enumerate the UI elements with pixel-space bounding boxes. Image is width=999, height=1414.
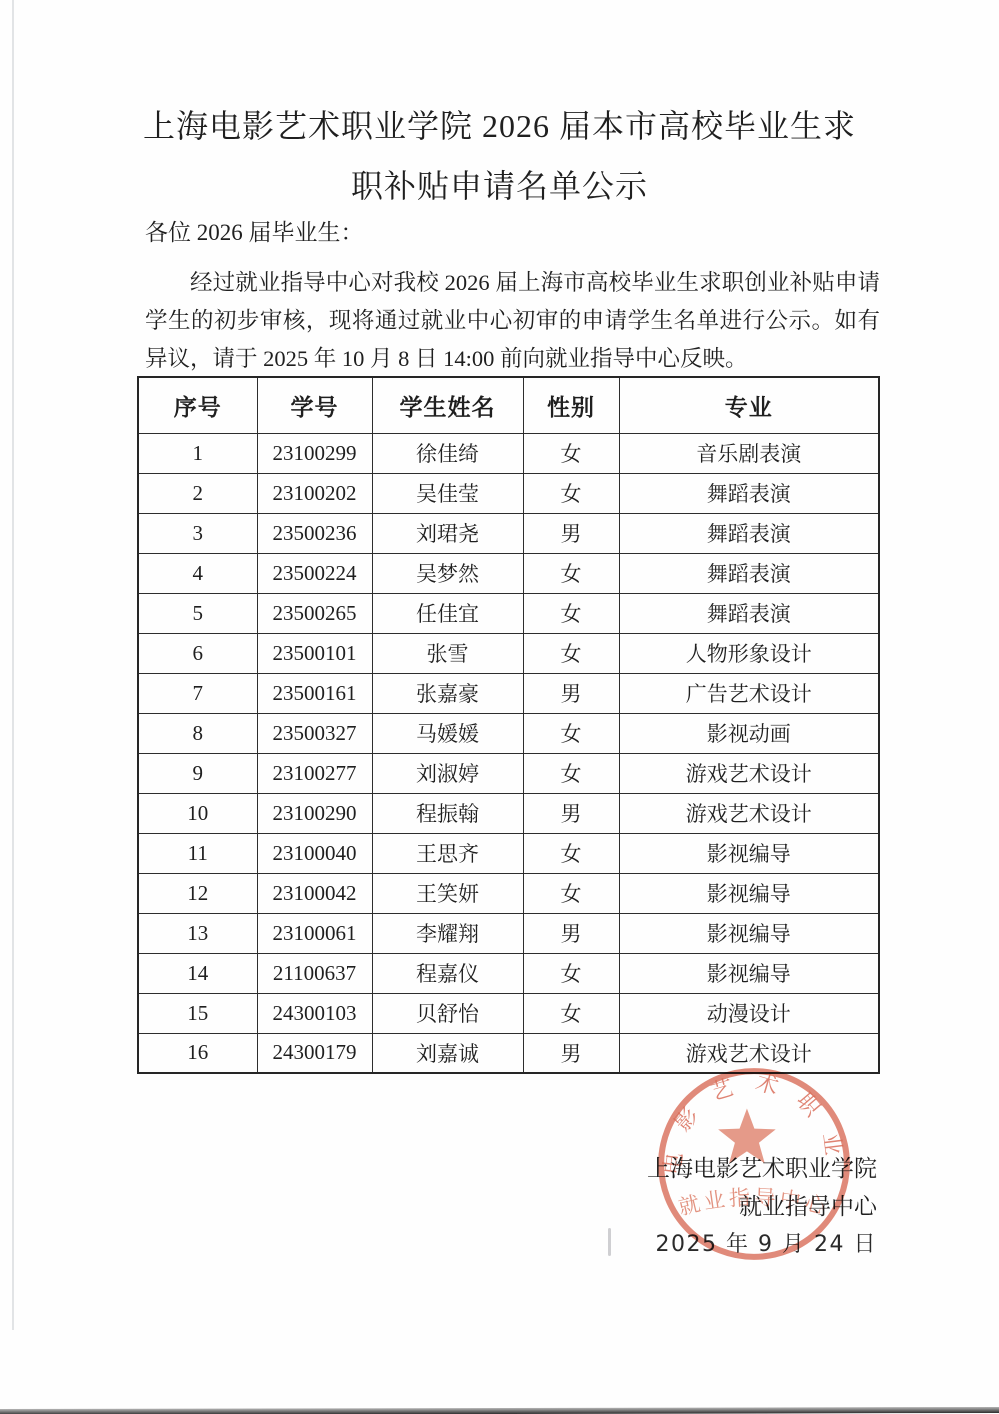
table-cell: 10 [138, 793, 257, 833]
table-cell: 16 [138, 1033, 257, 1073]
table-cell: 动漫设计 [619, 993, 879, 1033]
table-cell: 23100042 [257, 873, 372, 913]
table-cell: 女 [523, 873, 619, 913]
table-cell: 吴梦然 [372, 553, 523, 593]
table-cell: 9 [138, 753, 257, 793]
table-cell: 23500265 [257, 593, 372, 633]
header-student-name: 学生姓名 [372, 377, 523, 433]
title-line-1: 上海电影艺术职业学院 2026 届本市高校毕业生求 [0, 96, 999, 156]
table-cell: 11 [138, 833, 257, 873]
table-row: 823500327马媛媛女影视动画 [138, 713, 879, 753]
table-cell: 23500101 [257, 633, 372, 673]
table-cell: 男 [523, 793, 619, 833]
table-body: 123100299徐佳绮女音乐剧表演223100202吴佳莹女舞蹈表演32350… [138, 433, 879, 1073]
table-row: 1624300179刘嘉诚男游戏艺术设计 [138, 1033, 879, 1073]
table-cell: 游戏艺术设计 [619, 1033, 879, 1073]
table-cell: 程嘉仪 [372, 953, 523, 993]
table-cell: 23500327 [257, 713, 372, 753]
table-cell: 影视编导 [619, 913, 879, 953]
table-cell: 女 [523, 833, 619, 873]
table-row: 723500161张嘉豪男广告艺术设计 [138, 673, 879, 713]
table-row: 123100299徐佳绮女音乐剧表演 [138, 433, 879, 473]
title-line-2: 职补贴申请名单公示 [0, 156, 999, 216]
table-cell: 23100290 [257, 793, 372, 833]
document-page: 上海电影艺术职业学院 2026 届本市高校毕业生求 职补贴申请名单公示 各位 2… [0, 0, 999, 1414]
document-title: 上海电影艺术职业学院 2026 届本市高校毕业生求 职补贴申请名单公示 [0, 96, 999, 216]
salutation: 各位 2026 届毕业生： [145, 216, 364, 250]
table-cell: 23100299 [257, 433, 372, 473]
table-cell: 23100202 [257, 473, 372, 513]
table-cell: 12 [138, 873, 257, 913]
applicant-table: 序号 学号 学生姓名 性别 专业 123100299徐佳绮女音乐剧表演22310… [137, 376, 880, 1074]
table-cell: 人物形象设计 [619, 633, 879, 673]
table-cell: 徐佳绮 [372, 433, 523, 473]
table-cell: 游戏艺术设计 [619, 753, 879, 793]
table-cell: 13 [138, 913, 257, 953]
table-cell: 王笑妍 [372, 873, 523, 913]
scan-edge-artifact-bottom [0, 1407, 999, 1414]
table-row: 1421100637程嘉仪女影视编导 [138, 953, 879, 993]
table-cell: 3 [138, 513, 257, 553]
table-cell: 音乐剧表演 [619, 433, 879, 473]
table-cell: 张雪 [372, 633, 523, 673]
table-cell: 女 [523, 473, 619, 513]
table-cell: 女 [523, 433, 619, 473]
table-cell: 21100637 [257, 953, 372, 993]
table-cell: 女 [523, 993, 619, 1033]
table-row: 523500265任佳宜女舞蹈表演 [138, 593, 879, 633]
table-cell: 张嘉豪 [372, 673, 523, 713]
table-cell: 影视编导 [619, 873, 879, 913]
table-cell: 影视动画 [619, 713, 879, 753]
table-row: 923100277刘淑婷女游戏艺术设计 [138, 753, 879, 793]
table-cell: 女 [523, 953, 619, 993]
table-cell: 舞蹈表演 [619, 593, 879, 633]
signature-block: 上海电影艺术职业学院 就业指导中心 2025 年 9 月 24 日 [647, 1150, 877, 1264]
body-paragraph: 经过就业指导中心对我校 2026 届上海市高校毕业生求职创业补贴申请学生的初步审… [145, 264, 880, 378]
table-cell: 8 [138, 713, 257, 753]
table-row: 1223100042王笑妍女影视编导 [138, 873, 879, 913]
table-cell: 任佳宜 [372, 593, 523, 633]
table-cell: 1 [138, 433, 257, 473]
header-serial-number: 序号 [138, 377, 257, 433]
table-cell: 5 [138, 593, 257, 633]
table-cell: 24300179 [257, 1033, 372, 1073]
table-row: 1524300103贝舒怡女动漫设计 [138, 993, 879, 1033]
table-cell: 男 [523, 673, 619, 713]
table-row: 323500236刘珺尧男舞蹈表演 [138, 513, 879, 553]
table-header-row: 序号 学号 学生姓名 性别 专业 [138, 377, 879, 433]
table-cell: 男 [523, 1033, 619, 1073]
table-cell: 刘淑婷 [372, 753, 523, 793]
table-cell: 男 [523, 913, 619, 953]
table-cell: 影视编导 [619, 953, 879, 993]
header-major: 专业 [619, 377, 879, 433]
table-cell: 23100040 [257, 833, 372, 873]
table-row: 623500101张雪女人物形象设计 [138, 633, 879, 673]
table-cell: 7 [138, 673, 257, 713]
table-cell: 15 [138, 993, 257, 1033]
table-cell: 23500224 [257, 553, 372, 593]
table-cell: 舞蹈表演 [619, 473, 879, 513]
signature-org-line2: 就业指导中心 [647, 1188, 877, 1226]
signature-org-line1: 上海电影艺术职业学院 [647, 1150, 877, 1188]
table-cell: 舞蹈表演 [619, 553, 879, 593]
table-cell: 23500161 [257, 673, 372, 713]
table-cell: 舞蹈表演 [619, 513, 879, 553]
table-row: 1323100061李耀翔男影视编导 [138, 913, 879, 953]
table-row: 1023100290程振翰男游戏艺术设计 [138, 793, 879, 833]
table-cell: 4 [138, 553, 257, 593]
table-cell: 23100277 [257, 753, 372, 793]
table-cell: 23100061 [257, 913, 372, 953]
table-cell: 吴佳莹 [372, 473, 523, 513]
table-cell: 程振翰 [372, 793, 523, 833]
table-cell: 女 [523, 753, 619, 793]
table-cell: 广告艺术设计 [619, 673, 879, 713]
table-cell: 游戏艺术设计 [619, 793, 879, 833]
table-cell: 6 [138, 633, 257, 673]
table-cell: 24300103 [257, 993, 372, 1033]
header-student-id: 学号 [257, 377, 372, 433]
table-cell: 女 [523, 553, 619, 593]
table-row: 223100202吴佳莹女舞蹈表演 [138, 473, 879, 513]
table-cell: 2 [138, 473, 257, 513]
header-gender: 性别 [523, 377, 619, 433]
table-cell: 女 [523, 593, 619, 633]
table-cell: 男 [523, 513, 619, 553]
table-row: 1123100040王思齐女影视编导 [138, 833, 879, 873]
table-cell: 刘嘉诚 [372, 1033, 523, 1073]
scan-artifact-mark [608, 1228, 611, 1256]
table-cell: 李耀翔 [372, 913, 523, 953]
table-cell: 14 [138, 953, 257, 993]
table-row: 423500224吴梦然女舞蹈表演 [138, 553, 879, 593]
table-cell: 女 [523, 713, 619, 753]
table-cell: 23500236 [257, 513, 372, 553]
table-cell: 贝舒怡 [372, 993, 523, 1033]
table-cell: 影视编导 [619, 833, 879, 873]
table-cell: 王思齐 [372, 833, 523, 873]
table-cell: 马媛媛 [372, 713, 523, 753]
table-cell: 刘珺尧 [372, 513, 523, 553]
table-cell: 女 [523, 633, 619, 673]
signature-date: 2025 年 9 月 24 日 [647, 1226, 877, 1264]
